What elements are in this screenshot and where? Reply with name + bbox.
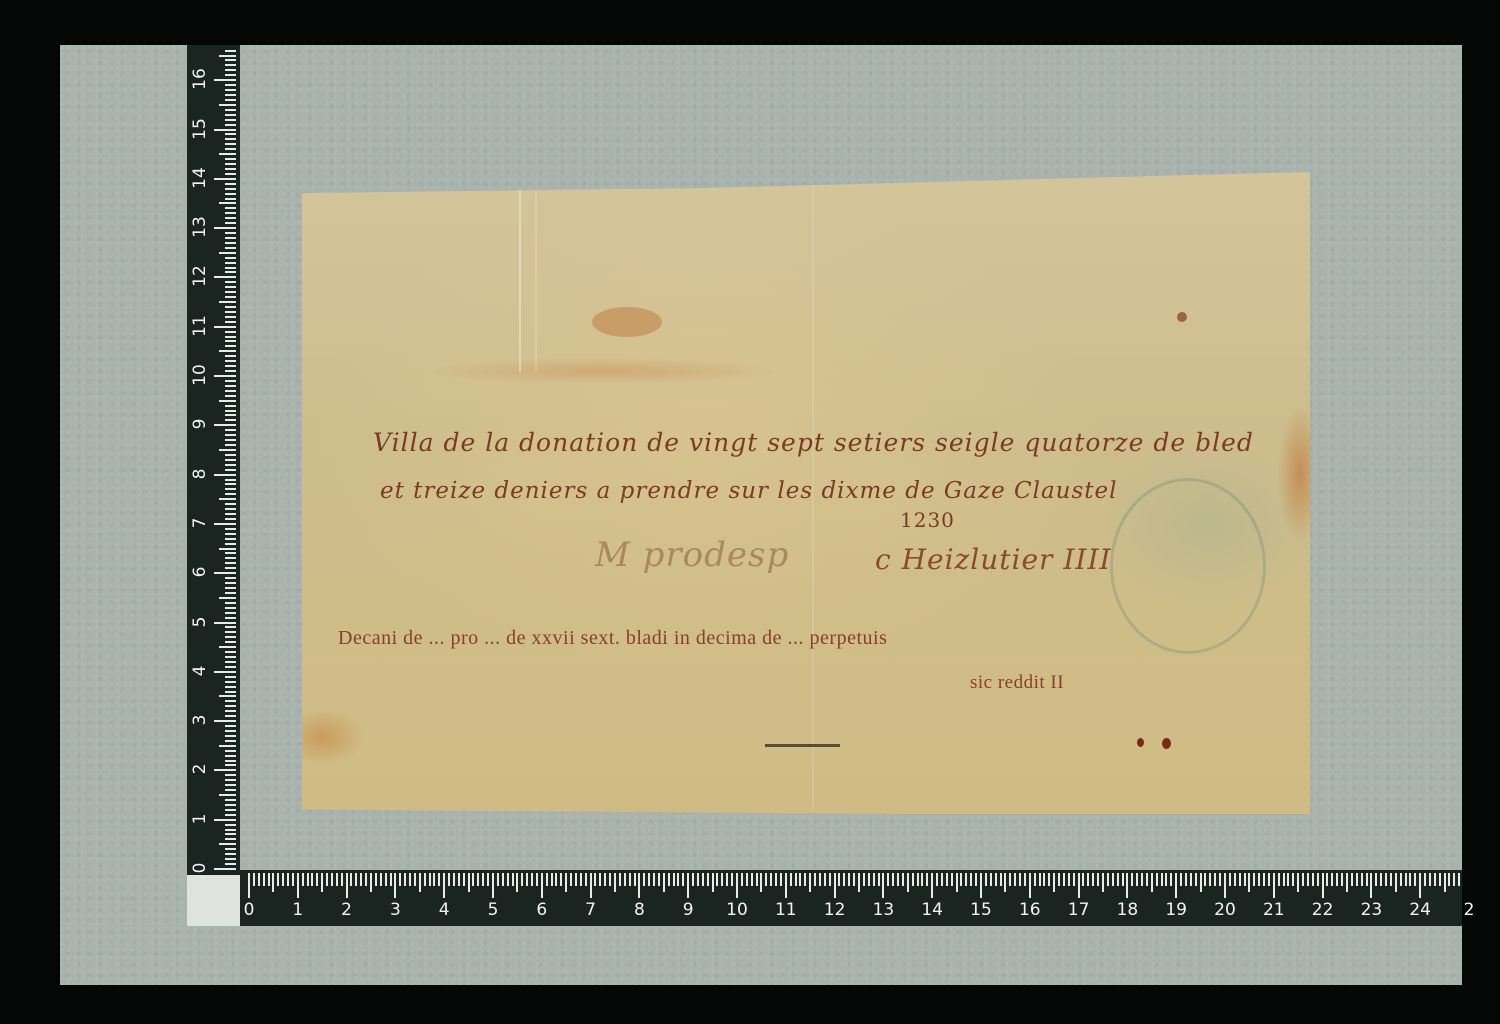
ruler-tick	[225, 439, 236, 441]
ruler-tick	[272, 873, 274, 892]
ruler-tick	[599, 873, 601, 886]
ruler-tick	[219, 55, 236, 57]
ruler-tick	[668, 873, 670, 886]
ruler-tick	[404, 873, 406, 886]
ruler-tick	[225, 469, 236, 471]
ruler-tick	[897, 873, 899, 886]
ruler-tick	[263, 873, 265, 886]
ruler-tick	[736, 873, 738, 898]
ruler-tick	[225, 557, 236, 559]
ruler-tick	[965, 873, 967, 886]
ruler-tick	[225, 69, 236, 71]
ruler-tick	[1097, 873, 1099, 886]
ruler-tick	[409, 873, 411, 886]
ruler-tick	[219, 449, 236, 451]
ruler-tick	[225, 188, 236, 190]
ruler-tick	[225, 138, 236, 140]
ruler-tick	[1336, 873, 1338, 886]
ruler-tick	[1204, 873, 1206, 886]
ruler-tick	[946, 873, 948, 886]
ruler-tick	[321, 873, 323, 892]
ruler-tick	[225, 257, 236, 259]
ruler-tick	[225, 124, 236, 126]
ruler-tick	[1219, 873, 1221, 886]
ruler-tick	[526, 873, 528, 886]
ruler-tick	[336, 873, 338, 886]
ruler-tick	[1375, 873, 1377, 886]
ruler-tick	[225, 666, 236, 668]
ruler-label: 12	[190, 265, 210, 287]
ruler-tick	[225, 232, 236, 234]
ruler-tick	[307, 873, 309, 886]
ruler-tick	[716, 873, 718, 886]
ruler-tick	[225, 607, 236, 609]
ruler-tick	[225, 336, 236, 338]
ruler-tick	[424, 873, 426, 886]
ruler-tick	[1434, 873, 1436, 886]
ruler-tick	[1244, 873, 1246, 886]
ruler-tick	[225, 50, 236, 52]
ruler-tick	[225, 488, 236, 490]
ruler-tick	[1419, 873, 1421, 898]
ruler-tick	[1229, 873, 1231, 886]
ruler-tick	[225, 513, 236, 515]
ruler-label: 19	[1161, 900, 1191, 920]
ruler-tick	[287, 873, 289, 886]
ruler-tick	[214, 474, 236, 476]
ruler-tick	[829, 873, 831, 886]
ruler-tick	[225, 311, 236, 313]
ruler-tick	[1122, 873, 1124, 886]
ruler-tick	[585, 873, 587, 886]
ruler-tick	[765, 873, 767, 886]
ruler-tick	[1048, 873, 1050, 886]
ruler-tick	[225, 503, 236, 505]
ruler-tick	[331, 873, 333, 886]
ruler-tick	[756, 873, 758, 886]
ruler-label: 16	[1015, 900, 1045, 920]
ruler-tick	[848, 873, 850, 886]
crease	[535, 192, 537, 372]
ruler-tick	[985, 873, 987, 886]
ruler-tick	[1317, 873, 1319, 886]
ruler-tick	[225, 143, 236, 145]
ruler-tick	[214, 178, 236, 180]
ruler-tick	[225, 784, 236, 786]
ruler-tick	[521, 873, 523, 886]
ruler-tick	[785, 873, 787, 898]
ruler-tick	[1312, 873, 1314, 886]
ruler-tick	[225, 385, 236, 387]
ruler-tick	[1004, 873, 1006, 892]
ruler-label: 10	[722, 900, 752, 920]
ruler-label: 13	[190, 216, 210, 238]
ruler-tick	[225, 331, 236, 333]
ruler-tick	[731, 873, 733, 886]
ruler-tick	[1273, 873, 1275, 898]
ruler-tick	[429, 873, 431, 886]
ruler-tick	[902, 873, 904, 886]
ruler-tick	[975, 873, 977, 886]
ruler-tick	[225, 291, 236, 293]
crease	[519, 172, 521, 372]
ruler-tick	[931, 873, 933, 898]
ruler-tick	[707, 873, 709, 886]
ink-dot	[1162, 738, 1171, 749]
ruler-tick	[843, 873, 845, 886]
ruler-tick	[225, 168, 236, 170]
ruler-tick	[1000, 873, 1002, 886]
ruler-corner-block	[187, 875, 240, 926]
ruler-tick	[219, 843, 236, 845]
ruler-tick	[214, 129, 236, 131]
faded-stamp	[1110, 478, 1266, 654]
ruler-tick	[995, 873, 997, 886]
ruler-tick	[1453, 873, 1455, 886]
ruler-tick	[1292, 873, 1294, 886]
ruler-tick	[225, 74, 236, 76]
ruler-tick	[225, 755, 236, 757]
ruler-label: 1	[190, 808, 210, 830]
ruler-tick	[741, 873, 743, 886]
ruler-tick	[219, 597, 236, 599]
ruler-tick	[225, 271, 236, 273]
ruler-tick	[936, 873, 938, 886]
ruler-tick	[1390, 873, 1392, 886]
ruler-tick	[225, 479, 236, 481]
ruler-tick	[658, 873, 660, 886]
ruler-tick	[225, 730, 236, 732]
ruler-tick	[1112, 873, 1114, 886]
ruler-tick	[863, 873, 865, 886]
ruler-tick	[458, 873, 460, 886]
ruler-tick	[1209, 873, 1211, 886]
ruler-tick	[225, 538, 236, 540]
ruler-tick	[878, 873, 880, 886]
ruler-tick	[225, 715, 236, 717]
ruler-tick	[225, 193, 236, 195]
ruler-tick	[225, 567, 236, 569]
ruler-tick	[614, 873, 616, 892]
ruler-tick	[225, 626, 236, 628]
ruler-tick	[858, 873, 860, 892]
ruler-tick	[282, 873, 284, 886]
ruler-tick	[463, 873, 465, 886]
ruler-tick	[1082, 873, 1084, 886]
ruler-tick	[225, 434, 236, 436]
ruler-tick	[399, 873, 401, 886]
ruler-tick	[536, 873, 538, 886]
ruler-tick	[438, 873, 440, 886]
ruler-tick	[834, 873, 836, 898]
ruler-tick	[225, 700, 236, 702]
ruler-tick	[214, 523, 236, 525]
ruler-tick	[1366, 873, 1368, 886]
ruler-tick	[702, 873, 704, 886]
ruler-tick	[225, 454, 236, 456]
ruler-tick	[1346, 873, 1348, 892]
ruler-tick	[225, 405, 236, 407]
ruler-label: 2	[190, 758, 210, 780]
ruler-tick	[1409, 873, 1411, 886]
ruler-tick	[887, 873, 889, 886]
ruler-tick	[219, 695, 236, 697]
ruler-tick	[1239, 873, 1241, 886]
ruler-tick	[941, 873, 943, 886]
ruler-label: 3	[190, 709, 210, 731]
ruler-tick	[477, 873, 479, 886]
ruler-tick	[819, 873, 821, 886]
ruler-tick	[790, 873, 792, 886]
ruler-tick	[214, 819, 236, 821]
ruler-tick	[219, 548, 236, 550]
ruler-tick	[219, 498, 236, 500]
ruler-tick	[1331, 873, 1333, 886]
ruler-tick	[838, 873, 840, 886]
ruler-tick	[225, 518, 236, 520]
ruler-tick	[1190, 873, 1192, 886]
ruler-tick	[225, 848, 236, 850]
ruler-tick	[214, 720, 236, 722]
ruler-tick	[214, 868, 236, 870]
ruler-tick	[316, 873, 318, 886]
ruler-tick	[394, 873, 396, 898]
ruler-tick	[1102, 873, 1104, 892]
ruler-tick	[1200, 873, 1202, 892]
ruler-tick	[1448, 873, 1450, 886]
ruler-tick	[225, 656, 236, 658]
ruler-tick	[1014, 873, 1016, 886]
ruler-tick	[225, 612, 236, 614]
ruler-tick	[1253, 873, 1255, 886]
ruler-tick	[1439, 873, 1441, 886]
ruler-tick	[497, 873, 499, 886]
ruler-tick	[225, 414, 236, 416]
ruler-tick	[258, 873, 260, 886]
ruler-tick	[1302, 873, 1304, 886]
ruler-tick	[214, 671, 236, 673]
ruler-label: 11	[190, 315, 210, 337]
ruler-tick	[225, 528, 236, 530]
ruler-label: 5	[190, 611, 210, 633]
ruler-tick	[1356, 873, 1358, 886]
ruler-tick	[225, 809, 236, 811]
ruler-tick	[341, 873, 343, 886]
ruler-tick	[1073, 873, 1075, 886]
ruler-tick	[214, 276, 236, 278]
ruler-label: 9	[190, 413, 210, 435]
ruler-tick	[225, 267, 236, 269]
ruler-tick	[225, 114, 236, 116]
ruler-tick	[712, 873, 714, 892]
ruler-tick	[414, 873, 416, 886]
ruler-tick	[580, 873, 582, 886]
ruler-tick	[1131, 873, 1133, 886]
ruler-tick	[448, 873, 450, 886]
ruler-tick	[297, 873, 299, 898]
ruler-tick	[1009, 873, 1011, 886]
ruler-tick	[225, 89, 236, 91]
ruler-tick	[1278, 873, 1280, 886]
ruler-tick	[225, 281, 236, 283]
ruler-tick	[1092, 873, 1094, 886]
ruler-tick	[1185, 873, 1187, 886]
ruler-tick	[912, 873, 914, 886]
ruler-tick	[370, 873, 372, 892]
ruler-tick	[225, 360, 236, 362]
ruler-tick	[1151, 873, 1153, 892]
ruler-tick	[824, 873, 826, 886]
ruler-tick	[225, 582, 236, 584]
ruler-tick	[760, 873, 762, 892]
ruler-tick	[225, 390, 236, 392]
ruler-tick	[225, 552, 236, 554]
ruler-tick	[1078, 873, 1080, 898]
ruler-tick	[219, 301, 236, 303]
ruler-tick	[225, 94, 236, 96]
ruler-tick	[653, 873, 655, 886]
ruler-tick	[219, 350, 236, 352]
ruler-label: 2	[1454, 900, 1484, 920]
ruler-tick	[225, 183, 236, 185]
ruler-tick	[346, 873, 348, 898]
latin-endorsement: Decani de ... pro ... de xxvii sext. bla…	[338, 627, 887, 650]
ruler-tick	[225, 237, 236, 239]
ruler-tick	[385, 873, 387, 886]
ruler-tick	[1424, 873, 1426, 886]
ruler-tick	[225, 863, 236, 865]
ruler-tick	[225, 321, 236, 323]
ruler-tick	[225, 109, 236, 111]
ruler-tick	[770, 873, 772, 886]
ruler-tick	[926, 873, 928, 886]
ruler-tick	[673, 873, 675, 886]
ruler-tick	[814, 873, 816, 886]
ruler-tick	[225, 419, 236, 421]
ruler-tick	[1287, 873, 1289, 886]
ruler-tick	[990, 873, 992, 886]
ruler-tick	[277, 873, 279, 886]
ruler-tick	[1385, 873, 1387, 886]
ruler-tick	[746, 873, 748, 886]
ruler-tick	[751, 873, 753, 886]
ruler-tick	[721, 873, 723, 886]
ruler-tick	[1405, 873, 1407, 886]
ruler-tick	[225, 380, 236, 382]
ruler-tick	[225, 493, 236, 495]
ruler-tick	[225, 99, 236, 101]
ruler-label: 18	[1112, 900, 1142, 920]
faint-mark: M prodesp	[595, 535, 789, 575]
ruler-tick	[507, 873, 509, 886]
ruler-tick	[225, 725, 236, 727]
ruler-tick	[951, 873, 953, 886]
ruler-tick	[219, 646, 236, 648]
ruler-tick	[531, 873, 533, 886]
ruler-tick	[1400, 873, 1402, 886]
ruler-tick	[1297, 873, 1299, 892]
ruler-tick	[799, 873, 801, 886]
ruler-tick	[225, 410, 236, 412]
ruler-tick	[663, 873, 665, 892]
ruler-tick	[225, 64, 236, 66]
ruler-label: 10	[190, 364, 210, 386]
ruler-tick	[1214, 873, 1216, 886]
ruler-tick	[225, 262, 236, 264]
vertical-scale-ruler: 012345678910111213141516	[187, 45, 240, 875]
ruler-tick	[225, 483, 236, 485]
ruler-tick	[225, 651, 236, 653]
ruler-tick	[604, 873, 606, 886]
ruler-tick	[1024, 873, 1026, 886]
ruler-tick	[375, 873, 377, 886]
ruler-label: 5	[478, 900, 508, 920]
ruler-tick	[917, 873, 919, 886]
ruler-tick	[225, 804, 236, 806]
ruler-tick	[1107, 873, 1109, 886]
ruler-tick	[326, 873, 328, 886]
ruler-tick	[472, 873, 474, 886]
ruler-tick	[956, 873, 958, 892]
ruler-tick	[248, 873, 250, 898]
ruler-tick	[214, 572, 236, 574]
ruler-tick	[225, 617, 236, 619]
ruler-tick	[390, 873, 392, 886]
ruler-tick	[1156, 873, 1158, 886]
ruler-tick	[214, 424, 236, 426]
ruler-tick	[225, 691, 236, 693]
ruler-tick	[225, 459, 236, 461]
ruler-tick	[219, 202, 236, 204]
ink-dot	[1137, 738, 1144, 747]
ruler-tick	[225, 444, 236, 446]
ruler-label: 21	[1259, 900, 1289, 920]
ruler-tick	[873, 873, 875, 886]
ruler-tick	[225, 543, 236, 545]
ruler-tick	[516, 873, 518, 892]
ruler-tick	[214, 227, 236, 229]
ruler-tick	[619, 873, 621, 886]
ruler-tick	[1019, 873, 1021, 886]
ruler-tick	[1307, 873, 1309, 886]
ruler-tick	[487, 873, 489, 886]
ruler-tick	[219, 153, 236, 155]
ruler-tick	[225, 247, 236, 249]
ruler-tick	[560, 873, 562, 886]
ruler-tick	[1361, 873, 1363, 886]
ruler-tick	[726, 873, 728, 886]
ruler-tick	[594, 873, 596, 886]
ruler-tick	[365, 873, 367, 886]
ruler-label: 14	[190, 167, 210, 189]
ruler-tick	[219, 104, 236, 106]
ruler-label: 2	[332, 900, 362, 920]
ruler-tick	[311, 873, 313, 886]
ruler-tick	[225, 814, 236, 816]
ruler-tick	[355, 873, 357, 886]
ruler-label: 20	[1210, 900, 1240, 920]
date-note: 1230	[900, 508, 955, 532]
ruler-tick	[225, 148, 236, 150]
ruler-tick	[225, 296, 236, 298]
ruler-tick	[214, 622, 236, 624]
ruler-tick	[360, 873, 362, 886]
ruler-tick	[1268, 873, 1270, 886]
ruler-tick	[1195, 873, 1197, 886]
ruler-tick	[219, 794, 236, 796]
ruler-tick	[225, 316, 236, 318]
ruler-label: 13	[868, 900, 898, 920]
